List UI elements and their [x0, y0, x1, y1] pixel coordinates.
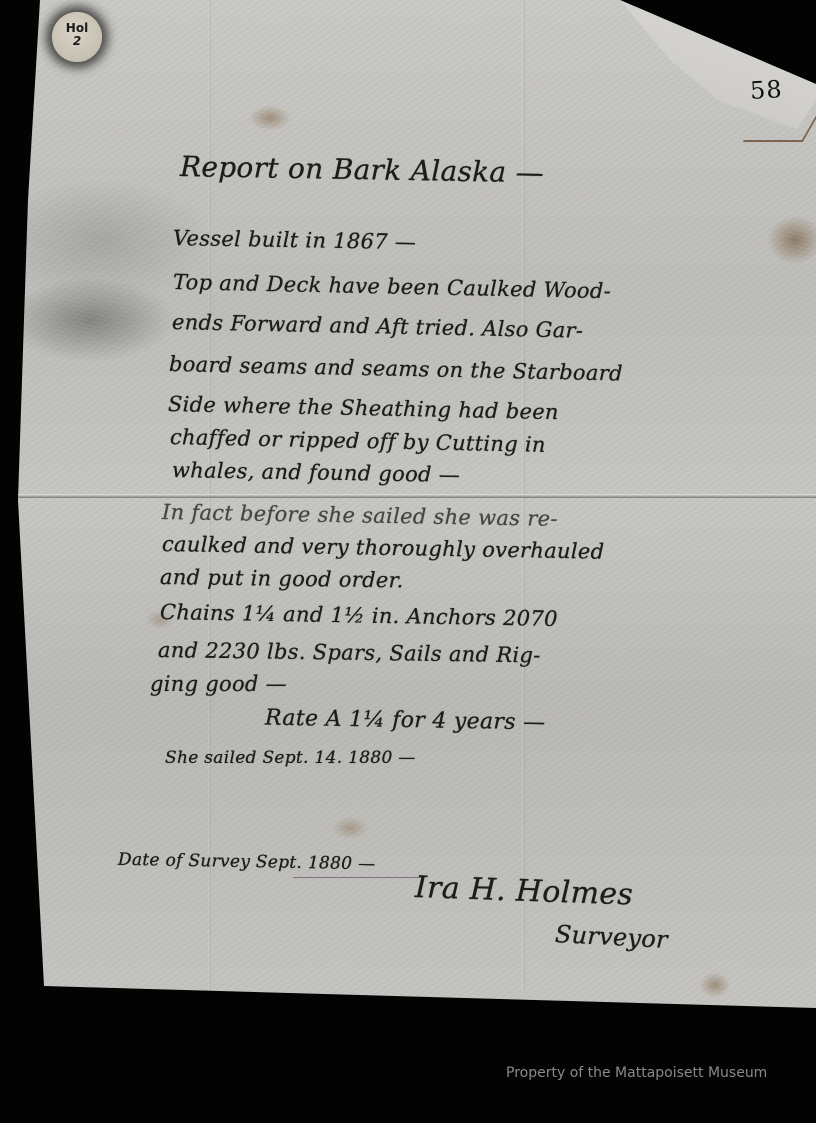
catalog-sticker-line1: Hol [66, 21, 88, 35]
body-line-13: ging good — [150, 672, 287, 696]
scanned-page: Hol 2 58 Report on Bark Alaska — Vessel … [0, 0, 816, 1010]
museum-watermark: Property of the Mattapoisett Museum [506, 1065, 767, 1081]
surveyor-signature: Ira H. Holmes [414, 870, 633, 913]
page-number: 58 [749, 75, 783, 105]
document-title: Report on Bark Alaska — [180, 150, 545, 189]
rating-line: Rate A 1¼ for 4 years — [265, 706, 546, 736]
body-line-4: board seams and seams on the Starboard [169, 352, 623, 386]
paper-fold-horizontal [18, 494, 816, 498]
body-line-6: chaffed or ripped off by Cutting in [170, 425, 546, 457]
body-line-7: whales, and found good — [172, 458, 460, 487]
survey-date-underline [293, 877, 423, 878]
body-line-1: Vessel built in 1867 — [173, 226, 417, 254]
body-line-9: caulked and very thoroughly overhauled [162, 532, 605, 564]
body-line-10: and put in good order. [160, 565, 404, 592]
body-line-2: Top and Deck have been Caulked Wood- [173, 270, 612, 303]
survey-date-line: Date of Survey Sept. 1880 — [118, 850, 376, 874]
body-line-11: Chains 1¼ and 1½ in. Anchors 2070 [160, 600, 558, 631]
catalog-sticker: Hol 2 [52, 12, 102, 62]
sailed-date-line: She sailed Sept. 14. 1880 — [165, 748, 416, 768]
surveyor-title: Surveyor [554, 920, 668, 954]
body-line-5: Side where the Sheathing had been [168, 392, 559, 424]
document-viewer: Hol 2 58 Report on Bark Alaska — Vessel … [0, 0, 816, 1123]
body-line-8: In fact before she sailed she was re- [162, 500, 558, 531]
body-line-12: and 2230 lbs. Spars, Sails and Rig- [158, 638, 541, 667]
catalog-sticker-line2: 2 [52, 35, 102, 48]
